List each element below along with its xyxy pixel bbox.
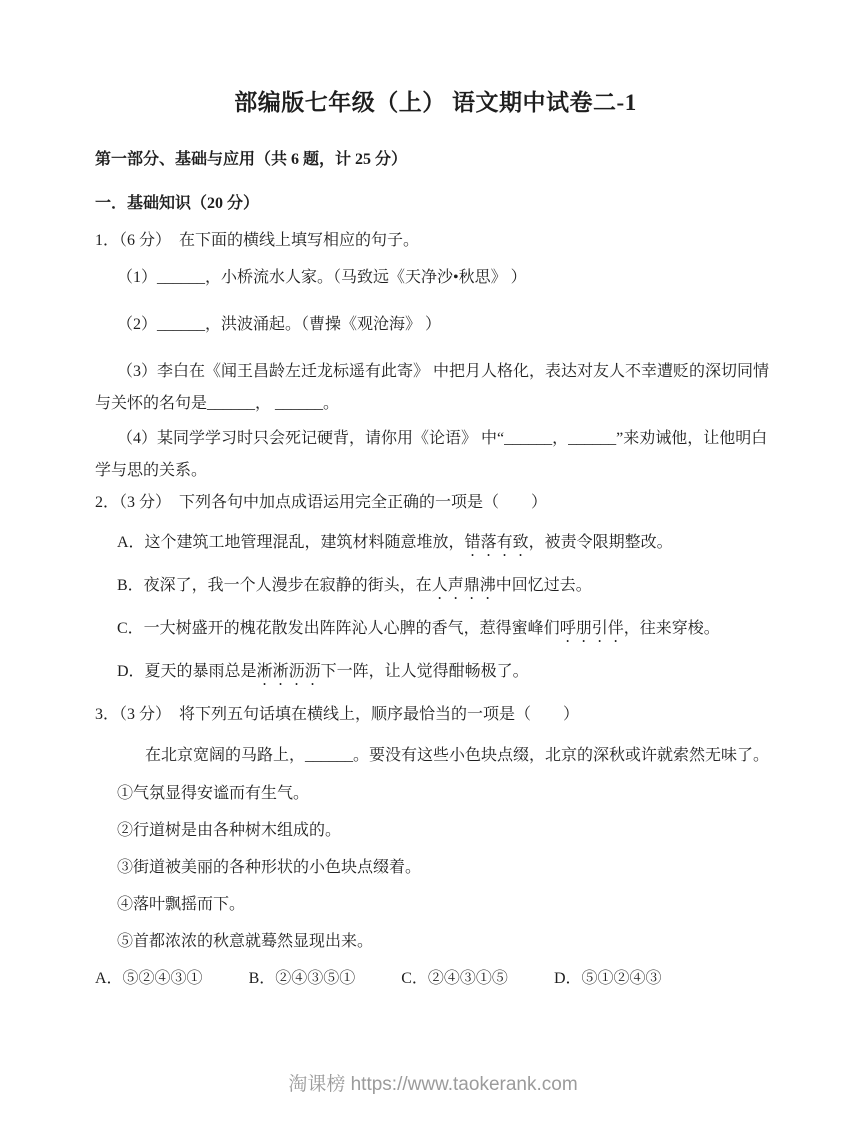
option-text-pre: C．一大树盛开的槐花散发出阵阵沁人心脾的香气，惹得蜜峰们 <box>117 620 560 637</box>
question-3-sentence-3: ③街道被美丽的各种形状的小色块点缀着。 <box>95 852 776 884</box>
option-text-post: 中回忆过去。 <box>496 577 592 594</box>
choice-d: D．⑤①②④③ <box>554 963 662 995</box>
option-text-post: ，往来穿梭。 <box>624 620 720 637</box>
question-1-stem: 1．（6 分） 在下面的横线上填写相应的句子。 <box>95 225 776 257</box>
question-3-lead-sentence: 在北京宽阔的马路上，______。要没有这些小色块点缀，北京的深秋或许就索然无味… <box>95 740 776 772</box>
emphasized-idiom: 错落有致 <box>465 534 529 551</box>
question-3-sentence-4: ④落叶飘摇而下。 <box>95 889 776 921</box>
question-1-item-3: （3）李白在《闻王昌龄左迁龙标遥有此寄》 中把月人格化，表达对友人不幸遭贬的深切… <box>95 356 776 420</box>
question-2-option-d: D．夏天的暴雨总是淅淅沥沥下一阵，让人觉得酣畅极了。 <box>95 656 776 689</box>
question-2-option-b: B．夜深了，我一个人漫步在寂静的街头，在人声鼎沸中回忆过去。 <box>95 570 776 603</box>
option-text-pre: A．这个建筑工地管理混乱，建筑材料随意堆放， <box>117 534 465 551</box>
option-text-post: ，被责令限期整改。 <box>529 534 673 551</box>
footer-watermark: 淘课榜 https://www.taokerank.com <box>0 1069 866 1096</box>
option-text-pre: B．夜深了，我一个人漫步在寂静的街头，在 <box>117 577 432 594</box>
question-3-stem: 3．（3 分） 将下列五句话填在横线上，顺序最恰当的一项是（ ） <box>95 699 776 731</box>
emphasized-idiom: 人声鼎沸 <box>432 577 496 594</box>
question-3-choices: A．⑤②④③① B．②④③⑤① C．②④③①⑤ D．⑤①②④③ <box>95 963 776 995</box>
emphasized-idiom: 淅淅沥沥 <box>257 663 321 680</box>
question-3-sentence-5: ⑤首都浓浓的秋意就蓦然显现出来。 <box>95 926 776 958</box>
question-2-option-a: A．这个建筑工地管理混乱，建筑材料随意堆放，错落有致，被责令限期整改。 <box>95 527 776 560</box>
option-text-post: 下一阵，让人觉得酣畅极了。 <box>321 663 529 680</box>
question-1-item-2: （2）______，洪波涌起。（曹操《观沧海》 ） <box>95 309 776 341</box>
question-1-item-1: （1）______，小桥流水人家。（马致远《天净沙•秋思》 ） <box>95 262 776 294</box>
page-title: 部编版七年级（上） 语文期中试卷二-1 <box>95 86 776 120</box>
section-header: 第一部分、基础与应用（共 6 题，计 25 分） <box>95 144 776 176</box>
question-3-sentence-1: ①气氛显得安谧而有生气。 <box>95 778 776 810</box>
exam-paper-page: 部编版七年级（上） 语文期中试卷二-1 第一部分、基础与应用（共 6 题，计 2… <box>0 0 866 1122</box>
choice-b: B．②④③⑤① <box>249 963 356 995</box>
question-3-sentence-2: ②行道树是由各种树木组成的。 <box>95 815 776 847</box>
question-2-option-c: C．一大树盛开的槐花散发出阵阵沁人心脾的香气，惹得蜜峰们呼朋引伴，往来穿梭。 <box>95 613 776 646</box>
option-text-pre: D．夏天的暴雨总是 <box>117 663 257 680</box>
choice-c: C．②④③①⑤ <box>401 963 508 995</box>
question-1-item-4: （4）某同学学习时只会死记硬背，请你用《论语》 中“______，______”… <box>95 423 776 487</box>
question-2-stem: 2．（3 分） 下列各句中加点成语运用完全正确的一项是（ ） <box>95 487 776 519</box>
emphasized-idiom: 呼朋引伴 <box>560 620 624 637</box>
subsection-header: 一．基础知识（20 分） <box>95 188 776 220</box>
choice-a: A．⑤②④③① <box>95 963 203 995</box>
